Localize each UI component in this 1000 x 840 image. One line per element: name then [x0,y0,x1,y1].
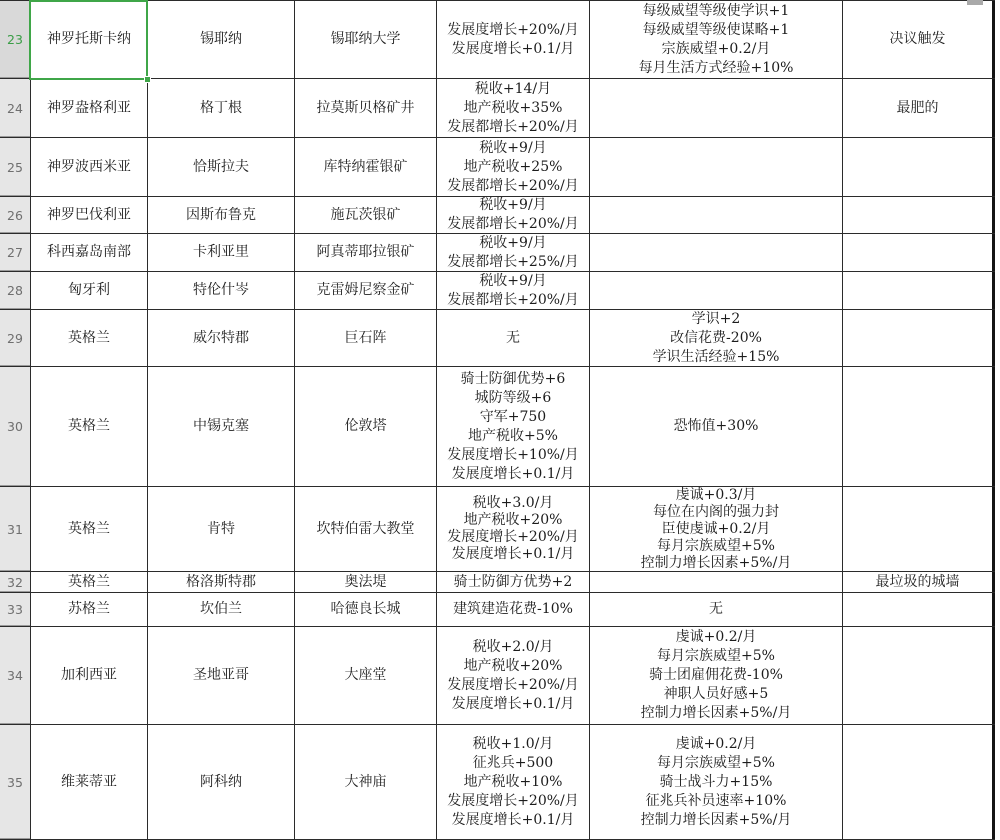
cell-note[interactable]: 最垃圾的城墙 [843,572,995,592]
row-number[interactable]: 34 [0,627,31,724]
row-number[interactable]: 35 [0,725,31,839]
cell-city[interactable]: 因斯布鲁克 [148,197,295,233]
table-row: 24 神罗盎格利亚 格丁根 拉莫斯贝格矿井 税收+14/月 地产税收+35% 发… [0,79,995,138]
cell-other-effects[interactable] [590,197,843,233]
cell-city[interactable]: 恰斯拉夫 [148,138,295,196]
cell-other-effects[interactable] [590,138,843,196]
cell-note[interactable] [843,593,995,626]
cell-city[interactable]: 格洛斯特郡 [148,572,295,592]
cell-other-effects[interactable] [590,572,843,592]
table-row: 31 英格兰 肯特 坎特伯雷大教堂 税收+3.0/月 地产税收+20% 发展度增… [0,487,995,572]
cell-city[interactable]: 圣地亚哥 [148,627,295,724]
row-number[interactable]: 33 [0,593,31,626]
cell-note[interactable] [843,234,995,271]
row-number[interactable]: 24 [0,79,31,137]
cell-building[interactable]: 大座堂 [295,627,437,724]
cell-building-effects[interactable]: 骑士防御优势+6 城防等级+6 守军+750 地产税收+5% 发展度增长+10%… [437,367,590,486]
cell-building[interactable]: 巨石阵 [295,310,437,366]
row-number[interactable]: 29 [0,310,31,366]
table-row: 34 加利西亚 圣地亚哥 大座堂 税收+2.0/月 地产税收+20% 发展度增长… [0,627,995,725]
spreadsheet-grid: 23 神罗托斯卡纳 锡耶纳 锡耶纳大学 发展度增长+20%/月 发展度增长+0.… [0,0,995,840]
cell-region[interactable]: 英格兰 [31,572,148,592]
cell-other-effects[interactable]: 虔诚+0.3/月 每位在内阁的强力封 臣使虔诚+0.2/月 每月宗族威望+5% … [590,487,843,571]
cell-building[interactable]: 施瓦茨银矿 [295,197,437,233]
cell-other-effects[interactable]: 每级威望等级使学识+1 每级威望等级使谋略+1 宗族威望+0.2/月 每月生活方… [590,1,843,78]
cell-note[interactable] [843,725,995,839]
cell-note[interactable] [843,487,995,571]
table-row: 23 神罗托斯卡纳 锡耶纳 锡耶纳大学 发展度增长+20%/月 发展度增长+0.… [0,0,995,79]
table-row: 25 神罗波西米亚 恰斯拉夫 库特纳霍银矿 税收+9/月 地产税收+25% 发展… [0,138,995,197]
cell-other-effects[interactable] [590,272,843,309]
row-number[interactable]: 31 [0,487,31,571]
row-number[interactable]: 30 [0,367,31,486]
table-row: 33 苏格兰 坎伯兰 哈德良长城 建筑建造花费-10% 无 [0,593,995,627]
cell-building-effects[interactable]: 税收+9/月 地产税收+25% 发展都增长+20%/月 [437,138,590,196]
cell-building-effects[interactable]: 税收+9/月 发展都增长+20%/月 [437,197,590,233]
cell-note[interactable] [843,272,995,309]
cell-building-effects[interactable]: 无 [437,310,590,366]
cell-region[interactable]: 英格兰 [31,310,148,366]
cell-city[interactable]: 卡利亚里 [148,234,295,271]
cell-region[interactable]: 神罗巴伐利亚 [31,197,148,233]
cell-region[interactable]: 匈牙利 [31,272,148,309]
cell-other-effects[interactable]: 学识+2 改信花费-20% 学识生活经验+15% [590,310,843,366]
cell-note[interactable] [843,627,995,724]
cell-building[interactable]: 奥法堤 [295,572,437,592]
cell-building-effects[interactable]: 税收+1.0/月 征兆兵+500 地产税收+10% 发展度增长+20%/月 发展… [437,725,590,839]
cell-note[interactable] [843,310,995,366]
cell-building-effects[interactable]: 税收+9/月 发展都增长+25%/月 [437,234,590,271]
fill-handle[interactable] [144,76,151,83]
cell-region[interactable]: 神罗托斯卡纳 [31,1,148,78]
table-row: 27 科西嘉岛南部 卡利亚里 阿真蒂耶拉银矿 税收+9/月 发展都增长+25%/… [0,234,995,272]
cell-region[interactable]: 加利西亚 [31,627,148,724]
cell-building-effects[interactable]: 税收+9/月 发展都增长+20%/月 [437,272,590,309]
cell-building[interactable]: 阿真蒂耶拉银矿 [295,234,437,271]
cell-building-effects[interactable]: 税收+14/月 地产税收+35% 发展都增长+20%/月 [437,79,590,137]
cell-building-effects[interactable]: 税收+2.0/月 地产税收+20% 发展度增长+20%/月 发展度增长+0.1/… [437,627,590,724]
cell-building[interactable]: 克雷姆尼察金矿 [295,272,437,309]
table-row: 30 英格兰 中锡克塞 伦敦塔 骑士防御优势+6 城防等级+6 守军+750 地… [0,367,995,487]
cell-city[interactable]: 特伦什岑 [148,272,295,309]
cell-note[interactable]: 最肥的 [843,79,995,137]
cell-note[interactable] [843,197,995,233]
cell-region[interactable]: 维莱蒂亚 [31,725,148,839]
cell-region[interactable]: 科西嘉岛南部 [31,234,148,271]
table-row: 32 英格兰 格洛斯特郡 奥法堤 骑士防御方优势+2 最垃圾的城墙 [0,572,995,593]
row-number[interactable]: 28 [0,272,31,309]
cell-region[interactable]: 英格兰 [31,367,148,486]
spreadsheet-screen: 23 神罗托斯卡纳 锡耶纳 锡耶纳大学 发展度增长+20%/月 发展度增长+0.… [0,0,1000,840]
cell-region[interactable]: 神罗盎格利亚 [31,79,148,137]
row-number[interactable]: 27 [0,234,31,271]
cell-building[interactable]: 拉莫斯贝格矿井 [295,79,437,137]
cell-note[interactable] [843,138,995,196]
top-edge-artifact [967,0,983,5]
cell-note[interactable]: 决议触发 [843,1,995,78]
cell-building-effects[interactable]: 骑士防御方优势+2 [437,572,590,592]
cell-region[interactable]: 苏格兰 [31,593,148,626]
row-number[interactable]: 25 [0,138,31,196]
cell-building-effects[interactable]: 建筑建造花费-10% [437,593,590,626]
cell-note[interactable] [843,367,995,486]
cell-building[interactable]: 锡耶纳大学 [295,1,437,78]
cell-region[interactable]: 英格兰 [31,487,148,571]
cell-city[interactable]: 中锡克塞 [148,367,295,486]
cell-city[interactable]: 阿科纳 [148,725,295,839]
cell-other-effects[interactable]: 无 [590,593,843,626]
cell-city[interactable]: 肯特 [148,487,295,571]
cell-building[interactable]: 坎特伯雷大教堂 [295,487,437,571]
cell-building-effects[interactable]: 税收+3.0/月 地产税收+20% 发展度增长+20%/月 发展度增长+0.1/… [437,487,590,571]
table-row: 35 维莱蒂亚 阿科纳 大神庙 税收+1.0/月 征兆兵+500 地产税收+10… [0,725,995,840]
cell-other-effects[interactable]: 虔诚+0.2/月 每月宗族威望+5% 骑士团雇佣花费-10% 神职人员好感+5 … [590,627,843,724]
cell-building[interactable]: 大神庙 [295,725,437,839]
cell-city[interactable]: 格丁根 [148,79,295,137]
table-row: 28 匈牙利 特伦什岑 克雷姆尼察金矿 税收+9/月 发展都增长+20%/月 [0,272,995,310]
cell-region[interactable]: 神罗波西米亚 [31,138,148,196]
cell-city[interactable]: 锡耶纳 [148,1,295,78]
row-number[interactable]: 23 [0,1,31,78]
table-row: 26 神罗巴伐利亚 因斯布鲁克 施瓦茨银矿 税收+9/月 发展都增长+20%/月 [0,197,995,234]
cell-building-effects[interactable]: 发展度增长+20%/月 发展度增长+0.1/月 [437,1,590,78]
row-number[interactable]: 32 [0,572,31,592]
cell-other-effects[interactable]: 恐怖值+30% [590,367,843,486]
cell-other-effects[interactable] [590,79,843,137]
cell-city[interactable]: 坎伯兰 [148,593,295,626]
cell-building[interactable]: 库特纳霍银矿 [295,138,437,196]
cell-other-effects[interactable]: 虔诚+0.2/月 每月宗族威望+5% 骑士战斗力+15% 征兆兵补员速率+10%… [590,725,843,839]
cell-building[interactable]: 伦敦塔 [295,367,437,486]
table-row: 29 英格兰 威尔特郡 巨石阵 无 学识+2 改信花费-20% 学识生活经验+1… [0,310,995,367]
row-number[interactable]: 26 [0,197,31,233]
cell-city[interactable]: 威尔特郡 [148,310,295,366]
cell-building[interactable]: 哈德良长城 [295,593,437,626]
cell-other-effects[interactable] [590,234,843,271]
